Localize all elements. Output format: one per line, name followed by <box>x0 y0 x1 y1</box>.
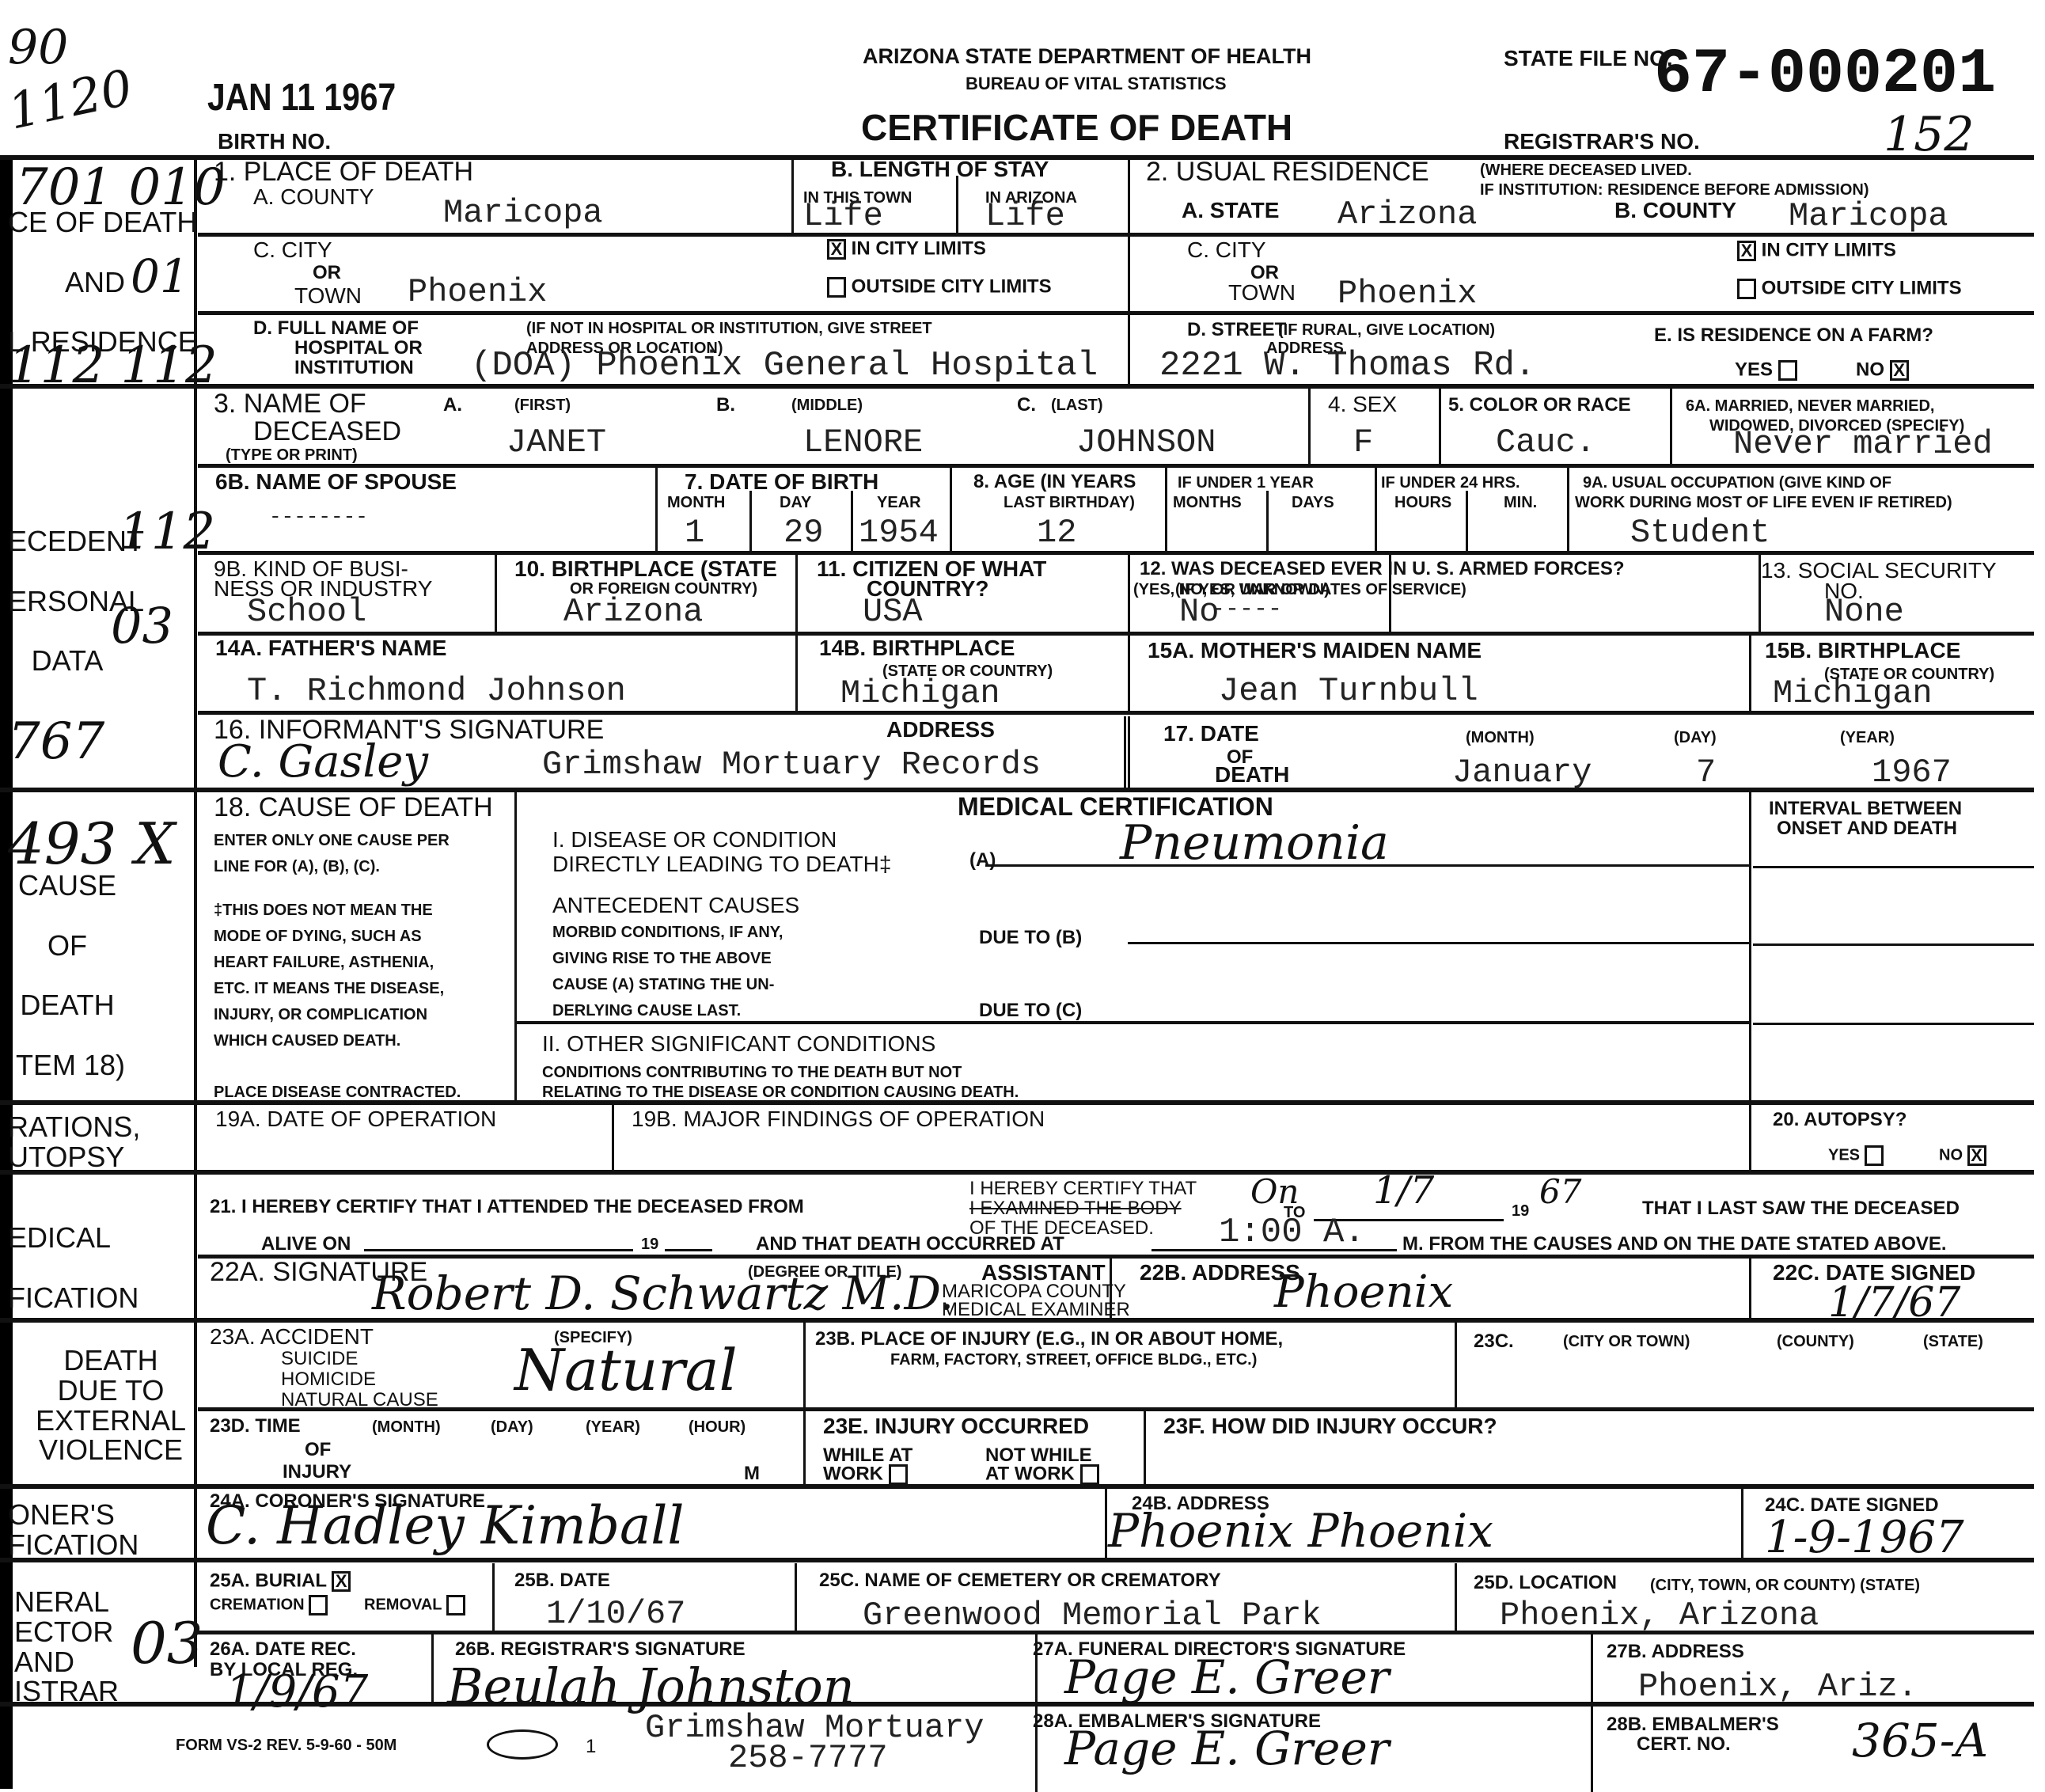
state-file-label: STATE FILE NO. <box>1504 47 1673 70</box>
state-file-number: 67-000201 <box>1654 44 1996 107</box>
antecedent-title: ANTECEDENT CAUSES <box>552 894 799 917</box>
death-occurred-label: AND THAT DEATH OCCURRED AT <box>756 1235 1064 1254</box>
marital-label: 6A. MARRIED, NEVER MARRIED, <box>1686 398 1934 414</box>
union-bug-number: 1 <box>586 1737 596 1756</box>
stamp-date: JAN 11 1967 <box>207 79 396 117</box>
bureau-name: BUREAU OF VITAL STATISTICS <box>966 75 1227 93</box>
res-city-label: C. CITY <box>1187 239 1266 261</box>
left-form-border <box>194 155 197 1667</box>
divider <box>749 491 752 551</box>
dob-year-label: YEAR <box>877 495 921 511</box>
burial[interactable]: 25A. BURIAL X <box>210 1571 351 1592</box>
last-sub: (LAST) <box>1051 397 1103 413</box>
outside-city-limits-checkbox[interactable] <box>827 277 846 298</box>
residence-note: (WHERE DECEASED LIVED. <box>1480 162 1692 178</box>
hospital-value: (DOA) Phoenix General Hospital <box>471 348 1098 383</box>
margin-note-90: 90 <box>8 24 68 71</box>
divider <box>495 554 497 632</box>
registrar-no-label: REGISTRAR'S NO. <box>1504 131 1700 153</box>
divider <box>1128 554 1130 632</box>
not-while-at-work[interactable]: AT WORK <box>985 1464 1099 1485</box>
divider <box>791 158 794 233</box>
cert-address-value: Phoenix <box>1274 1270 1453 1315</box>
mother-label: 15A. MOTHER'S MAIDEN NAME <box>1148 640 1482 662</box>
res-outside-city-limits-checkbox[interactable] <box>1737 279 1756 299</box>
alive-on-19: 19 <box>641 1236 658 1252</box>
hospital-note: (IF NOT IN HOSPITAL OR INSTITUTION, GIVE… <box>526 321 932 336</box>
death-in-city-limits[interactable]: X IN CITY LIMITS <box>827 239 986 260</box>
last-name-value: JOHNSON <box>1076 426 1216 459</box>
name-label: 3. NAME OF <box>214 390 366 417</box>
part2-text: CONDITIONS CONTRIBUTING TO THE DEATH BUT… <box>542 1065 962 1080</box>
margin-label-coroner: ONER'SFICATION <box>8 1500 166 1560</box>
location-value: Phoenix, Arizona <box>1500 1599 1819 1632</box>
cause-instr: LINE FOR (A), (B), (C). <box>214 859 380 875</box>
rule <box>1753 1023 2034 1025</box>
dod-day-label: (DAY) <box>1674 730 1717 746</box>
armed-forces-label: 12. WAS DECEASED EVER IN U. S. ARMED FOR… <box>1140 560 1625 579</box>
informant-signature: C. Gasley <box>218 740 428 784</box>
res-state-label: A. STATE <box>1182 199 1279 222</box>
last-label: C. <box>1017 396 1036 415</box>
dod-month-value: January <box>1452 756 1592 789</box>
divider <box>1128 158 1130 388</box>
divider <box>514 792 517 1100</box>
cemetery-value: Greenwood Memorial Park <box>863 1599 1322 1632</box>
divider <box>1266 491 1269 551</box>
informant-address-value: Grimshaw Mortuary Records <box>542 748 1041 781</box>
certify-line-1: 21. I HEREBY CERTIFY THAT I ATTENDED THE… <box>210 1198 804 1217</box>
divider <box>956 176 958 233</box>
rule <box>1753 943 2034 946</box>
divider <box>950 467 952 551</box>
injury-occurred-label: 23E. INJURY OCCURRED <box>823 1415 1089 1437</box>
autopsy-yes-checkbox[interactable] <box>1865 1145 1884 1166</box>
divider <box>1455 1563 1457 1631</box>
first-sub: (FIRST) <box>514 397 571 413</box>
divider <box>1308 388 1311 465</box>
age-label: LAST BIRTHDAY) <box>1004 495 1135 511</box>
cause-a-label: (A) <box>969 851 996 870</box>
father-value: T. Richmond Johnson <box>247 674 626 708</box>
dod-day-value: 7 <box>1696 756 1716 789</box>
place-disease-contracted: PLACE DISEASE CONTRACTED. <box>214 1084 461 1100</box>
usual-residence-label: 2. USUAL RESIDENCE <box>1146 158 1429 185</box>
due-to-b-label: DUE TO (B) <box>979 928 1082 947</box>
first-label: A. <box>443 396 462 415</box>
hospital-label: HOSPITAL OR <box>294 339 423 358</box>
divider <box>1591 1634 1593 1792</box>
how-injury-label: 23F. HOW DID INJURY OCCUR? <box>1163 1415 1497 1437</box>
rule <box>198 311 2034 315</box>
first-name-value: JANET <box>507 426 606 459</box>
dob-day-label: DAY <box>780 495 811 511</box>
under-1-year-label: IF UNDER 1 YEAR <box>1178 475 1314 491</box>
divider <box>1670 388 1672 465</box>
occupation-label: WORK DURING MOST OF LIFE EVEN IF RETIRED… <box>1575 495 1952 511</box>
dob-label: 7. DATE OF BIRTH <box>685 471 878 493</box>
manner-labels: 23A. ACCIDENT SUICIDE HOMICIDE NATURAL C… <box>210 1326 438 1410</box>
margin-label-external-violence: DEATHDUE TOEXTERNALVIOLENCE <box>32 1346 190 1465</box>
certify-overlay-struck: I EXAMINED THE BODY <box>969 1199 1182 1218</box>
hospital-label: INSTITUTION <box>294 359 414 378</box>
father-bp-value: Michigan <box>840 677 1000 710</box>
divider <box>1165 467 1167 551</box>
res-county-label: B. COUNTY <box>1614 199 1736 222</box>
dod-label: DEATH <box>1215 764 1289 786</box>
farm-no[interactable]: NO X <box>1856 360 1909 381</box>
place-of-death-label: 1. PLACE OF DEATH <box>214 158 473 185</box>
rule <box>1128 942 1749 944</box>
rule <box>1753 866 2034 868</box>
res-city-value: Phoenix <box>1337 277 1477 310</box>
date-signed-value: 1/7/67 <box>1828 1282 1960 1323</box>
dob-month-label: MONTH <box>667 495 725 511</box>
embalmer-cert-label: CERT. NO. <box>1637 1735 1731 1754</box>
place-injury-label: 23B. PLACE OF INJURY (E.G., IN OR ABOUT … <box>815 1330 1283 1349</box>
embalmer-cert-value: 365-A <box>1852 1718 1988 1764</box>
margin-label-operations: RATIONS,UTOPSY <box>8 1112 150 1172</box>
margin-code-03b: 03 <box>131 1615 203 1672</box>
divider <box>795 1563 797 1631</box>
location-label: 25D. LOCATION <box>1474 1574 1617 1593</box>
certify-year-value: 67 <box>1539 1175 1581 1209</box>
middle-name-value: LENORE <box>803 426 923 459</box>
divider <box>431 1634 434 1702</box>
location-sub: (CITY, TOWN, OR COUNTY) (STATE) <box>1650 1577 1920 1593</box>
divider <box>795 554 798 632</box>
while-at-work[interactable]: WORK <box>823 1464 908 1485</box>
name-label: DECEASED <box>253 418 401 445</box>
farm-yes-checkbox[interactable] <box>1778 360 1797 381</box>
margin-code-112b: 112 <box>119 507 215 557</box>
removal-checkbox[interactable] <box>446 1595 465 1615</box>
mother-value: Jean Turnbull <box>1219 674 1478 708</box>
injury-county-label: (COUNTY) <box>1777 1334 1854 1350</box>
farm-yes[interactable]: YES <box>1735 360 1797 381</box>
age-value: 12 <box>1037 516 1076 549</box>
occupation-label: 9A. USUAL OCCUPATION (GIVE KIND OF <box>1583 475 1891 491</box>
rule <box>0 1558 2034 1562</box>
birthplace-label: 10. BIRTHPLACE (STATE <box>514 558 777 580</box>
time-day-label: (DAY) <box>491 1419 533 1435</box>
date-rec-label: 26A. DATE REC. <box>210 1640 356 1659</box>
autopsy-label: 20. AUTOPSY? <box>1773 1111 1907 1129</box>
farm-no-checkbox[interactable]: X <box>1890 360 1909 381</box>
divider <box>851 491 853 551</box>
dod-label: 17. DATE <box>1163 723 1259 745</box>
certify-overlay: I HEREBY CERTIFY THAT <box>969 1179 1197 1198</box>
autopsy-yes[interactable]: YES <box>1828 1145 1884 1166</box>
divider <box>795 633 798 711</box>
cause-note: ‡THIS DOES NOT MEAN THE MODE OF DYING, S… <box>214 902 444 1049</box>
birthplace-value: Arizona <box>563 595 703 628</box>
part1-label: DIRECTLY LEADING TO DEATH‡ <box>552 853 891 875</box>
while-at-work-checkbox[interactable] <box>889 1464 908 1485</box>
dod-year-value: 1967 <box>1872 756 1952 789</box>
dob-day-value: 29 <box>783 516 823 549</box>
divider <box>1124 716 1130 789</box>
divider <box>1749 633 1751 711</box>
length-of-stay-label: B. LENGTH OF STAY <box>831 158 1049 180</box>
occupation-value: Student <box>1630 516 1770 549</box>
farm-label: E. IS RESIDENCE ON A FARM? <box>1654 326 1933 345</box>
marital-value: Never married <box>1733 427 1993 461</box>
cemetery-label: 25C. NAME OF CEMETERY OR CREMATORY <box>819 1571 1221 1590</box>
time-injury-sub: INJURY <box>283 1463 351 1482</box>
spouse-value: -------- <box>269 507 368 527</box>
degree-title-label: (DEGREE OR TITLE) <box>748 1264 901 1280</box>
race-value: Cauc. <box>1496 426 1595 459</box>
city-label: C. CITY <box>253 239 332 261</box>
divider <box>1439 388 1441 465</box>
fd-address-label: 27B. ADDRESS <box>1607 1642 1744 1661</box>
certify-19: 19 <box>1512 1203 1529 1219</box>
name-label: (TYPE OR PRINT) <box>226 447 358 463</box>
divider <box>803 1322 806 1484</box>
divider <box>1749 1259 1751 1318</box>
stay-in-arizona-value: Life <box>985 199 1065 233</box>
dod-year-label: (YEAR) <box>1840 730 1895 746</box>
death-outside-city-limits[interactable]: OUTSIDE CITY LIMITS <box>827 277 1052 298</box>
res-county-value: Maricopa <box>1789 199 1948 233</box>
time-hour-label: (HOUR) <box>689 1419 746 1435</box>
mother-bp-value: Michigan <box>1773 677 1933 710</box>
residence-note: IF INSTITUTION: RESIDENCE BEFORE ADMISSI… <box>1480 182 1869 198</box>
res-state-value: Arizona <box>1337 198 1477 231</box>
mortuary-phone: 258-7777 <box>728 1741 888 1775</box>
alive-on-year-line <box>665 1249 712 1251</box>
divider <box>1375 467 1377 551</box>
city-or-label: OR <box>313 264 341 283</box>
rule <box>0 1170 2034 1175</box>
divider <box>1128 633 1130 711</box>
autopsy-no[interactable]: NO X <box>1939 1145 1986 1166</box>
certify-line-2b: M. FROM THE CAUSES AND ON THE DATE STATE… <box>1402 1235 1947 1254</box>
race-label: 5. COLOR OR RACE <box>1448 396 1631 415</box>
res-town-label: TOWN <box>1228 282 1296 304</box>
agency-name: ARIZONA STATE DEPARTMENT OF HEALTH <box>863 46 1311 67</box>
stay-in-town-value: Life <box>803 199 883 233</box>
registrar-signature: Beulah Johnston <box>447 1662 855 1711</box>
dob-month-value: 1 <box>685 516 704 549</box>
coroner-signature: C. Hadley Kimball <box>206 1500 685 1552</box>
rule <box>198 1255 2034 1259</box>
registrar-number: 152 <box>1884 111 1975 158</box>
father-label: 14A. FATHER'S NAME <box>215 637 446 659</box>
spouse-label: 6B. NAME OF SPOUSE <box>215 471 457 493</box>
months-label: MONTHS <box>1173 495 1242 511</box>
alive-on-label: ALIVE ON <box>261 1235 351 1254</box>
ssn-label: 13. SOCIAL SECURITY <box>1761 560 1997 582</box>
divider <box>1105 1488 1107 1558</box>
cremation[interactable]: CREMATION <box>210 1595 328 1615</box>
date-rec-value: 1/9/67 <box>226 1670 368 1714</box>
informant-address-label: ADDRESS <box>886 719 995 741</box>
res-outside-city-limits[interactable]: OUTSIDE CITY LIMITS <box>1737 279 1962 299</box>
armed-service-value: ----- <box>1211 598 1282 621</box>
county-label: A. COUNTY <box>253 186 374 208</box>
time-month-label: (MONTH) <box>372 1419 441 1435</box>
registrar-sig-label: 26B. REGISTRAR'S SIGNATURE <box>455 1640 746 1659</box>
death-county-value: Maricopa <box>443 196 603 230</box>
injury-city-label: (CITY OR TOWN) <box>1563 1334 1690 1350</box>
divider <box>612 1104 614 1171</box>
operation-date-label: 19A. DATE OF OPERATION <box>215 1108 496 1130</box>
town-label: TOWN <box>294 285 362 307</box>
time-m-label: M <box>744 1464 760 1483</box>
divider <box>1749 1104 1751 1171</box>
hours-label: HOURS <box>1394 495 1451 511</box>
business-value: School <box>247 595 366 628</box>
embalmer-cert-label: 28B. EMBALMER'S <box>1607 1715 1779 1734</box>
citizen-value: USA <box>863 595 923 628</box>
ssn-value: None <box>1824 595 1904 628</box>
title-line: MEDICAL EXAMINER <box>942 1300 1130 1319</box>
part2-text: RELATING TO THE DISEASE OR CONDITION CAU… <box>542 1084 1019 1100</box>
margin-label-decedent: ECEDENTERSONALDATA <box>8 526 127 676</box>
sex-label: 4. SEX <box>1328 393 1397 416</box>
disposition-date-label: 25B. DATE <box>514 1571 610 1590</box>
middle-sub: (MIDDLE) <box>791 397 863 413</box>
removal[interactable]: REMOVAL <box>364 1595 465 1615</box>
certify-date-value: 1/7 <box>1373 1171 1434 1209</box>
form-number: FORM VS-2 REV. 5-9-60 - 50M <box>176 1737 396 1753</box>
autopsy-no-checkbox[interactable]: X <box>1967 1145 1986 1166</box>
sex-value: F <box>1353 426 1373 459</box>
margin-code-03: 03 <box>111 602 173 651</box>
rule <box>198 632 2034 636</box>
dod-month-label: (MONTH) <box>1466 730 1535 746</box>
hospital-label: D. FULL NAME OF <box>253 319 419 338</box>
rule <box>198 1407 2034 1411</box>
certify-line-1b: THAT I LAST SAW THE DECEASED <box>1642 1199 1960 1218</box>
time-year-label: (YEAR) <box>586 1419 640 1435</box>
min-label: MIN. <box>1504 495 1537 511</box>
father-bp-label: 14B. BIRTHPLACE <box>819 637 1015 659</box>
interval-label: ONSET AND DEATH <box>1777 819 1957 838</box>
time-injury-label: 23D. TIME <box>210 1417 301 1436</box>
divider <box>1144 1410 1146 1484</box>
in-city-limits-checkbox[interactable]: X <box>827 239 846 260</box>
manner-value: Natural <box>514 1342 738 1399</box>
divider <box>1455 1322 1457 1407</box>
rule <box>198 464 2034 468</box>
injury-state-label: (STATE) <box>1923 1334 1983 1350</box>
coroner-date-value: 1-9-1967 <box>1765 1516 1964 1560</box>
divider <box>1466 491 1468 551</box>
cremation-checkbox[interactable] <box>309 1595 328 1615</box>
margin-code-767: 767 <box>8 716 104 767</box>
place-injury-label: FARM, FACTORY, STREET, OFFICE BLDG., ETC… <box>890 1352 1257 1368</box>
middle-label: B. <box>716 396 735 415</box>
street-label: D. STREET <box>1187 321 1286 340</box>
res-in-city-limits[interactable]: X IN CITY LIMITS <box>1737 241 1896 261</box>
divider <box>1567 467 1569 551</box>
divider <box>492 1563 495 1631</box>
not-while-at-work-checkbox[interactable] <box>1080 1464 1099 1485</box>
rule <box>198 233 2034 237</box>
margin-code-493: 493 X <box>8 815 176 872</box>
street-value: 2221 W. Thomas Rd. <box>1159 348 1535 383</box>
embalmer-signature: Page E. Greer <box>1064 1726 1390 1771</box>
document-title: CERTIFICATE OF DEATH <box>861 109 1292 146</box>
cause-instr: ENTER ONLY ONE CAUSE PER <box>214 833 450 849</box>
dob-year-value: 1954 <box>859 516 939 549</box>
street-note: (IF RURAL, GIVE LOCATION) <box>1278 322 1495 338</box>
divider <box>1749 792 1751 1100</box>
due-to-c-label: DUE TO (C) <box>979 1001 1082 1020</box>
margin-label-cause: CAUSEOFDEATHTEM 18) <box>16 871 119 1080</box>
coroner-address-value: Phoenix Phoenix <box>1108 1508 1493 1554</box>
birth-no-label: BIRTH NO. <box>218 131 331 153</box>
part1-label: I. DISEASE OR CONDITION <box>552 829 837 851</box>
death-time-value: 1:00 A. <box>1219 1215 1365 1250</box>
injury-location-label: 23C. <box>1474 1332 1514 1351</box>
funeral-director-signature: Page E. Greer <box>1064 1654 1390 1700</box>
divider <box>655 467 658 551</box>
cause-label: 18. CAUSE OF DEATH <box>214 794 493 821</box>
fd-address-value: Phoenix, Ariz. <box>1638 1670 1918 1703</box>
divider <box>1741 1488 1743 1558</box>
res-in-city-limits-checkbox[interactable]: X <box>1737 241 1756 261</box>
interval-label: INTERVAL BETWEEN <box>1769 799 1962 818</box>
time-of-label: OF <box>305 1441 331 1460</box>
days-label: DAYS <box>1292 495 1334 511</box>
antecedent-text: MORBID CONDITIONS, IF ANY, GIVING RISE T… <box>552 924 783 1019</box>
burial-checkbox[interactable]: X <box>332 1571 351 1592</box>
operation-findings-label: 19B. MAJOR FINDINGS OF OPERATION <box>632 1108 1045 1130</box>
age-label: 8. AGE (IN YEARS <box>973 473 1136 492</box>
union-bug-icon <box>487 1729 558 1760</box>
mother-bp-label: 15B. BIRTHPLACE <box>1765 640 1960 662</box>
disposition-date-value: 1/10/67 <box>546 1597 685 1631</box>
margin-code-01: 01 <box>131 253 189 299</box>
death-city-value: Phoenix <box>408 275 547 309</box>
under-24-hrs-label: IF UNDER 24 HRS. <box>1381 475 1520 491</box>
part2-title: II. OTHER SIGNIFICANT CONDITIONS <box>542 1033 935 1055</box>
margin-label-medical-cert: EDICALFICATION <box>8 1223 150 1312</box>
alive-on-line <box>364 1249 633 1251</box>
rule <box>514 1021 1749 1024</box>
cause-a-value: Pneumonia <box>1120 819 1389 867</box>
